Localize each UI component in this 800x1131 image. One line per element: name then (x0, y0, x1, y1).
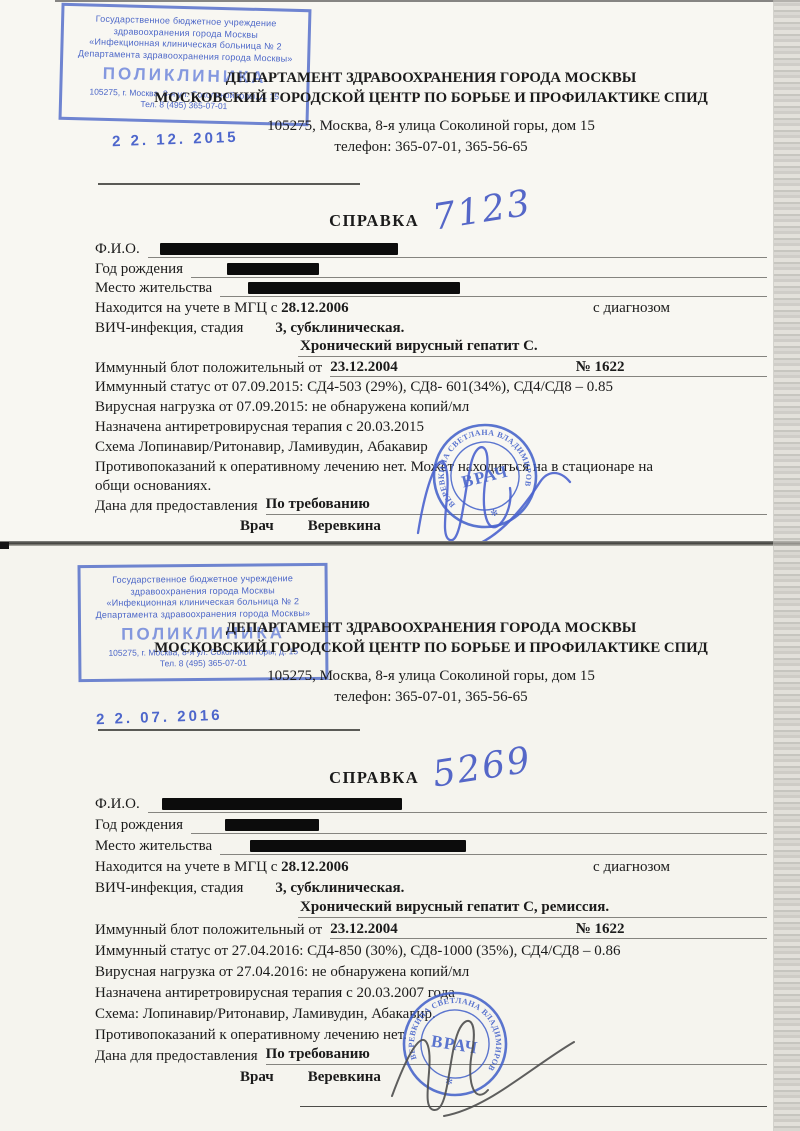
field-fio: Ф.И.О. (95, 238, 767, 258)
field-value: Хронический вирусный гепатит С, ремиссия… (300, 899, 609, 915)
field-fio: Ф.И.О. (95, 792, 767, 813)
field-label: Находится на учете в МГЦ с 28.12.2006 (95, 859, 349, 876)
letterhead-address: 105275, Москва, 8-я улица Соколиной горы… (95, 666, 767, 687)
letterhead-address: 105275, Москва, 8-я улица Соколиной горы… (95, 116, 767, 137)
letterhead-line: ДЕПАРТАМЕНТ ЗДРАВООХРАНЕНИЯ ГОРОДА МОСКВ… (95, 68, 767, 88)
redaction-bar (227, 263, 319, 275)
redaction-bar (225, 819, 319, 831)
field-address: Место жительства (95, 278, 767, 298)
doctor-label: Врач (240, 518, 274, 535)
blot-date: 23.12.2004 (330, 359, 398, 376)
field-hiv-stage: ВИЧ-инфекция, стадия 3, субклиническая. (95, 876, 767, 897)
field-value-line (220, 836, 767, 855)
field-hepatitis: Хронический вирусный гепатит С. (95, 337, 767, 357)
document-title: СПРАВКА (329, 211, 419, 230)
certificate-page-2: Государственное бюджетное учреждение здр… (0, 546, 800, 1131)
redaction-bar (162, 798, 402, 810)
field-label: Ф.И.О. (95, 241, 140, 258)
redaction-bar (160, 243, 398, 255)
scan-edge-right (773, 0, 800, 1131)
letterhead: ДЕПАРТАМЕНТ ЗДРАВООХРАНЕНИЯ ГОРОДА МОСКВ… (95, 68, 767, 158)
field-value-line: 23.12.2004 № 1622 (330, 358, 767, 377)
letterhead: ДЕПАРТАМЕНТ ЗДРАВООХРАНЕНИЯ ГОРОДА МОСКВ… (95, 618, 767, 708)
blot-date: 23.12.2004 (330, 921, 398, 938)
field-birth: Год рождения (95, 258, 767, 278)
handwritten-number: 7123 (430, 183, 535, 239)
field-registered: Находится на учете в МГЦ с 28.12.2006 с … (95, 855, 767, 876)
field-immune-status: Иммунный статус от 27.04.2016: СД4-850 (… (95, 939, 767, 960)
field-hiv-stage: ВИЧ-инфекция, стадия 3, субклиническая. (95, 317, 767, 337)
field-value-line (220, 278, 767, 297)
field-value-line (191, 259, 767, 278)
field-label: Иммунный блот положительный от (95, 922, 322, 939)
date-stamp: 2 2. 07. 2016 (96, 707, 223, 728)
field-address: Место жительства (95, 834, 767, 855)
field-birth: Год рождения (95, 813, 767, 834)
letterhead-line: ДЕПАРТАМЕНТ ЗДРАВООХРАНЕНИЯ ГОРОДА МОСКВ… (95, 618, 767, 638)
field-value-line (148, 794, 767, 813)
title-row: СПРАВКА5269 (95, 751, 767, 792)
blot-number: № 1622 (576, 921, 625, 938)
field-label: Год рождения (95, 817, 183, 834)
field-value: Хронический вирусный гепатит С. (300, 338, 538, 354)
field-value-line: Хронический вирусный гепатит С. (298, 338, 767, 357)
field-label: Место жительства (95, 838, 212, 855)
doctor-name: Веревкина (308, 1069, 381, 1086)
field-label: Ф.И.О. (95, 796, 140, 813)
field-label: Дана для предоставления (95, 1048, 258, 1065)
letterhead-phone: телефон: 365-07-01, 365-56-65 (95, 137, 767, 158)
redaction-bar (248, 282, 460, 294)
scan-edge-top (55, 0, 800, 2)
letterhead-line: МОСКОВСКИЙ ГОРОДСКОЙ ЦЕНТР ПО БОРЬБЕ И П… (95, 638, 767, 658)
field-label: Год рождения (95, 261, 183, 278)
stamp-text: Государственное бюджетное учреждение (85, 573, 321, 587)
letterhead-phone: телефон: 365-07-01, 365-56-65 (95, 687, 767, 708)
field-value: 3, субклиническая. (275, 320, 404, 337)
field-label: ВИЧ-инфекция, стадия (95, 320, 243, 337)
field-blot: Иммунный блот положительный от 23.12.200… (95, 918, 767, 939)
field-value: 3, субклиническая. (275, 880, 404, 897)
field-hepatitis: Хронический вирусный гепатит С, ремиссия… (95, 897, 767, 918)
scanned-document: Государственное бюджетное учреждение здр… (0, 0, 800, 1131)
field-registered: Находится на учете в МГЦ с 28.12.2006 с … (95, 297, 767, 317)
redaction-bar (250, 840, 466, 852)
doctor-signature (400, 428, 590, 553)
field-label: Иммунный блот положительный от (95, 360, 322, 377)
diagnosis-label: с диагнозом (593, 300, 670, 317)
field-blot: Иммунный блот положительный от 23.12.200… (95, 357, 767, 377)
field-value-line: Хронический вирусный гепатит С, ремиссия… (298, 899, 767, 918)
field-label: Дана для предоставления (95, 498, 258, 515)
doctor-name: Веревкина (308, 518, 381, 535)
field-viral-load: Вирусная нагрузка от 07.09.2015: не обна… (95, 396, 767, 416)
doctor-signature (378, 998, 588, 1123)
field-viral-load: Вирусная нагрузка от 27.04.2016: не обна… (95, 960, 767, 981)
scan-notch (0, 542, 9, 549)
field-value: По требованию (266, 496, 370, 512)
field-value-line (191, 815, 767, 834)
letterhead-line: МОСКОВСКИЙ ГОРОДСКОЙ ЦЕНТР ПО БОРЬБЕ И П… (95, 88, 767, 108)
handwritten-number: 5269 (430, 740, 535, 796)
field-value: По требованию (266, 1046, 370, 1062)
field-value-line (148, 239, 767, 258)
divider-rule (98, 729, 360, 731)
certificate-page-1: Государственное бюджетное учреждение здр… (0, 0, 800, 541)
page-divider-shadow (0, 541, 800, 546)
field-label: Находится на учете в МГЦ с 28.12.2006 (95, 300, 349, 317)
divider-rule (98, 183, 360, 185)
field-label: Место жительства (95, 280, 212, 297)
document-title: СПРАВКА (329, 768, 419, 787)
field-value-line: 23.12.2004 № 1622 (330, 920, 767, 939)
doctor-label: Врач (240, 1069, 274, 1086)
diagnosis-label: с диагнозом (593, 859, 670, 876)
title-row: СПРАВКА7123 (95, 194, 767, 235)
blot-number: № 1622 (576, 359, 625, 376)
field-label: ВИЧ-инфекция, стадия (95, 880, 243, 897)
field-immune-status: Иммунный статус от 07.09.2015: СД4-503 (… (95, 377, 767, 397)
